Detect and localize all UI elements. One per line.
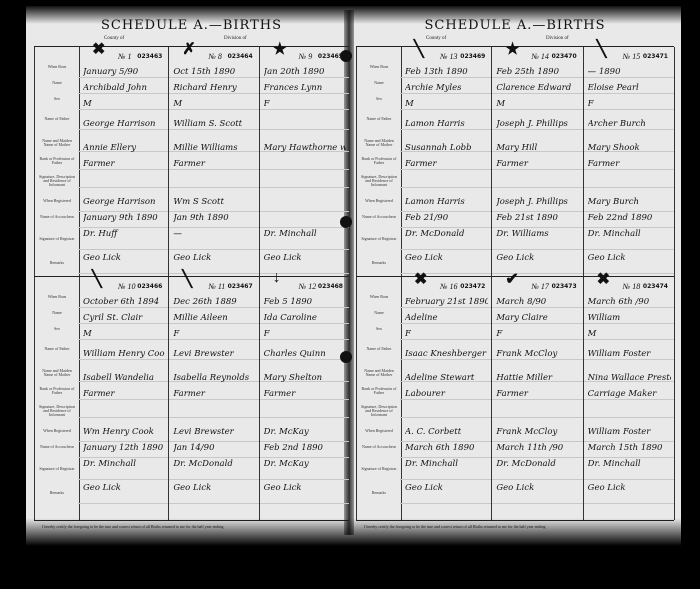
field-informant: Frank McCloy	[496, 427, 579, 437]
row-label: Rank or Profession of Father	[38, 157, 76, 165]
birth-entry: ╲№ 15023471— 1890Eloise PearlFArcher Bur…	[583, 47, 675, 277]
registration-number: 023470	[552, 53, 577, 60]
field-profession: Farmer	[405, 159, 488, 169]
field-accoucheur: Dr. McDonald	[496, 459, 579, 469]
entry-number: № 1	[118, 52, 132, 61]
field-sex: M	[588, 329, 671, 339]
entries-band: When BornNameSexName of FatherName and M…	[356, 46, 674, 277]
field-registrar: Geo Lick	[405, 253, 488, 263]
registration-number: 023468	[318, 283, 343, 290]
field-accoucheur: Dr. Minchall	[83, 459, 165, 469]
field-informant: Lamon Harris	[405, 197, 488, 207]
page-title: SCHEDULE A.—BIRTHS	[34, 18, 349, 33]
field-registered: Feb 22nd 1890	[588, 213, 671, 223]
row-label: Signature of Registrar	[360, 467, 398, 471]
row-label: Signature of Registrar	[38, 237, 76, 241]
field-sex: M	[83, 329, 165, 339]
right-page: SCHEDULE A.—BIRTHS County of Division of…	[356, 16, 674, 521]
entry-number: № 12	[299, 282, 317, 291]
field-sex: F	[496, 329, 579, 339]
field-name: Archibald John	[83, 83, 165, 93]
field-registered: Feb 2nd 1890	[264, 443, 346, 453]
row-label: Signature of Registrar	[38, 467, 76, 471]
field-father: William S. Scott	[173, 119, 255, 129]
field-informant: George Harrison	[83, 197, 165, 207]
row-label: Name	[38, 311, 76, 315]
field-accoucheur: Dr. McKay	[264, 459, 346, 469]
row-label: Rank or Profession of Father	[360, 157, 398, 165]
birth-entry: ↓№ 12023468Feb 5 1890Ida CarolineFCharle…	[259, 277, 350, 520]
county-label: County of	[426, 36, 446, 41]
row-label: Remarks	[360, 261, 398, 265]
field-registrar: Geo Lick	[264, 253, 346, 263]
registration-number: 023463	[137, 53, 162, 60]
row-label: When Born	[38, 295, 76, 299]
entry-number: № 16	[440, 282, 458, 291]
field-when-born: Feb 13th 1890	[405, 67, 488, 77]
birth-entry: ✖№ 18023474March 6th /90WilliamMWilliam …	[583, 277, 675, 520]
row-label: Name of Accoucheur	[38, 445, 76, 449]
left-page: SCHEDULE A.—BIRTHS County of Division of…	[34, 16, 349, 521]
field-name: Adeline	[405, 313, 488, 323]
entry-number: № 17	[531, 282, 549, 291]
field-accoucheur: Dr. Williams	[496, 229, 579, 239]
field-registered: Jan 14/90	[173, 443, 255, 453]
row-label: Name of Accoucheur	[360, 215, 398, 219]
field-when-born: Feb 25th 1890	[496, 67, 579, 77]
field-sex: M	[83, 99, 165, 109]
entry-number: № 11	[208, 282, 225, 291]
entries-band: When BornNameSexName of FatherName and M…	[356, 276, 674, 521]
checkmark-icon: ✖	[92, 39, 105, 59]
entry-number: № 10	[118, 282, 136, 291]
row-label: Name	[360, 81, 398, 85]
field-father: Isaac Kneshberger	[405, 349, 488, 359]
field-sex: F	[588, 99, 671, 109]
field-name: Mary Claire	[496, 313, 579, 323]
field-registered: March 11th /90	[496, 443, 579, 453]
row-label: Sex	[38, 327, 76, 331]
field-registrar: Geo Lick	[588, 483, 671, 493]
field-informant: Mary Burch	[588, 197, 671, 207]
field-name: Millie Aileen	[173, 313, 255, 323]
birth-entry: ✗№ 8023464Oct 15th 1890Richard HenryMWil…	[168, 47, 259, 277]
field-name: William	[588, 313, 671, 323]
field-when-born: Dec 26th 1889	[173, 297, 255, 307]
field-sex: F	[405, 329, 488, 339]
registration-number: 023469	[460, 53, 485, 60]
field-mother: Mary Shook	[588, 143, 671, 153]
field-registered: Feb 21st 1890	[496, 213, 579, 223]
row-label: When Registered	[360, 429, 398, 433]
row-label: Rank or Profession of Father	[38, 387, 76, 395]
row-label: Name of Father	[38, 347, 76, 351]
field-mother: Adeline Stewart	[405, 373, 488, 383]
field-when-born: January 5/90	[83, 67, 165, 77]
birth-entry: ✖№ 16023472February 21st 1890AdelineFIsa…	[400, 277, 492, 520]
field-accoucheur: Dr. Huff	[83, 229, 165, 239]
field-accoucheur: Dr. McDonald	[405, 229, 488, 239]
row-label: Sex	[360, 97, 398, 101]
registration-number: 023471	[643, 53, 668, 60]
row-label: Name and Maiden Name of Mother	[38, 369, 76, 377]
row-label: Name	[360, 311, 398, 315]
birth-entry: ★№ 9023465Jan 20th 1890Frances LynnFMary…	[259, 47, 350, 277]
field-informant: William Foster	[588, 427, 671, 437]
field-name: Eloise Pearl	[588, 83, 671, 93]
checkmark-icon: ★	[273, 39, 287, 59]
field-registrar: Geo Lick	[83, 253, 165, 263]
page-title: SCHEDULE A.—BIRTHS	[356, 18, 674, 33]
field-registered: Feb 21/90	[405, 213, 488, 223]
field-mother: Millie Williams	[173, 143, 255, 153]
row-labels: When BornNameSexName of FatherName and M…	[34, 277, 80, 520]
field-when-born: Feb 5 1890	[264, 297, 346, 307]
field-profession: Carriage Maker	[588, 389, 671, 399]
field-father: Levi Brewster	[173, 349, 255, 359]
checkmark-icon: ╲	[92, 269, 102, 289]
field-profession: Farmer	[496, 159, 579, 169]
birth-entry: ╲№ 13023469Feb 13th 1890Archie MylesMLam…	[400, 47, 492, 277]
field-registrar: Geo Lick	[173, 253, 255, 263]
checkmark-icon: ✖	[414, 269, 427, 289]
field-father: Charles Quinn	[264, 349, 346, 359]
field-father: George Harrison	[83, 119, 165, 129]
row-label: Name	[38, 81, 76, 85]
field-registered: March 6th 1890	[405, 443, 488, 453]
field-mother: Nina Wallace Preston	[588, 373, 671, 383]
field-when-born: — 1890	[588, 67, 671, 77]
field-profession: Farmer	[173, 389, 255, 399]
field-mother: Mary Hawthorne widow	[264, 143, 346, 153]
field-accoucheur: Dr. Minchall	[405, 459, 488, 469]
checkmark-icon: ★	[505, 39, 519, 59]
row-label: When Registered	[38, 429, 76, 433]
entry-number: № 13	[440, 52, 458, 61]
field-name: Clarence Edward	[496, 83, 579, 93]
row-label: Name of Accoucheur	[360, 445, 398, 449]
row-label: Name of Father	[360, 347, 398, 351]
row-labels: When BornNameSexName of FatherName and M…	[356, 277, 402, 520]
checkmark-icon: ╲	[597, 39, 607, 59]
field-registered: January 12th 1890	[83, 443, 165, 453]
field-name: Ida Caroline	[264, 313, 346, 323]
field-name: Archie Myles	[405, 83, 488, 93]
field-when-born: February 21st 1890	[405, 297, 488, 307]
field-registrar: Geo Lick	[405, 483, 488, 493]
field-registrar: Geo Lick	[173, 483, 255, 493]
division-label: Division of	[224, 36, 247, 41]
field-mother: Isabell Wandelia	[83, 373, 165, 383]
field-registered: January 9th 1890	[83, 213, 165, 223]
field-when-born: March 6th /90	[588, 297, 671, 307]
field-when-born: Oct 15th 1890	[173, 67, 255, 77]
row-label: Signature, Description and Residence of …	[360, 405, 398, 417]
field-name: Cyril St. Clair	[83, 313, 165, 323]
field-sex: M	[173, 99, 255, 109]
field-registrar: Geo Lick	[588, 253, 671, 263]
row-label: Rank or Profession of Father	[360, 387, 398, 395]
field-informant: A. C. Corbett	[405, 427, 488, 437]
row-label: Remarks	[38, 491, 76, 495]
division-label: Division of	[546, 36, 569, 41]
field-profession: Farmer	[173, 159, 255, 169]
scanned-register-page: SCHEDULE A.—BIRTHS County of Division of…	[26, 6, 681, 546]
field-informant: Dr. McKay	[264, 427, 346, 437]
entry-number: № 15	[623, 52, 641, 61]
field-registrar: Geo Lick	[496, 483, 579, 493]
checkmark-icon: ╲	[414, 39, 424, 59]
field-mother: Susannah Lobb	[405, 143, 488, 153]
birth-entry: ╲№ 10023466October 6th 1894Cyril St. Cla…	[78, 277, 169, 520]
field-accoucheur: Dr. Minchall	[588, 459, 671, 469]
row-label: Sex	[38, 97, 76, 101]
ink-blot	[340, 50, 352, 62]
checkmark-icon: ↓	[273, 269, 281, 287]
registration-number: 023467	[228, 283, 253, 290]
field-accoucheur: Dr. Minchall	[264, 229, 346, 239]
field-mother: Annie Ellery	[83, 143, 165, 153]
entries-band: When BornNameSexName of FatherName and M…	[34, 276, 349, 521]
field-mother: Mary Hill	[496, 143, 579, 153]
field-registrar: Geo Lick	[264, 483, 346, 493]
field-informant: Wm Henry Cook	[83, 427, 165, 437]
row-label: Name of Father	[360, 117, 398, 121]
birth-entry: ★№ 14023470Feb 25th 1890Clarence EdwardM…	[491, 47, 583, 277]
row-label: Signature, Description and Residence of …	[38, 175, 76, 187]
row-label: Signature of Registrar	[360, 237, 398, 241]
field-mother: Mary Shelton	[264, 373, 346, 383]
registration-number: 023466	[137, 283, 162, 290]
field-informant: Levi Brewster	[173, 427, 255, 437]
registration-number: 023464	[228, 53, 253, 60]
field-profession: Farmer	[264, 389, 346, 399]
field-sex: M	[496, 99, 579, 109]
field-accoucheur: Dr. McDonald	[173, 459, 255, 469]
county-label: County of	[104, 36, 124, 41]
field-name: Frances Lynn	[264, 83, 346, 93]
checkmark-icon: ✔	[505, 269, 518, 289]
ink-blot	[340, 351, 352, 363]
entry-number: № 9	[299, 52, 313, 61]
entry-number: № 14	[531, 52, 549, 61]
field-accoucheur: —	[173, 229, 255, 239]
field-when-born: March 8/90	[496, 297, 579, 307]
field-profession: Farmer	[496, 389, 579, 399]
field-registrar: Geo Lick	[83, 483, 165, 493]
field-sex: F	[173, 329, 255, 339]
field-profession: Farmer	[83, 159, 165, 169]
checkmark-icon: ╲	[182, 269, 192, 289]
row-label: When Registered	[360, 199, 398, 203]
field-registrar: Geo Lick	[496, 253, 579, 263]
field-informant: Wm S Scott	[173, 197, 255, 207]
field-father: William Foster	[588, 349, 671, 359]
birth-entry: ✖№ 1023463January 5/90Archibald JohnMGeo…	[78, 47, 169, 277]
registration-number: 023473	[552, 283, 577, 290]
entry-number: № 8	[208, 52, 222, 61]
row-label: When Registered	[38, 199, 76, 203]
birth-entry: ✔№ 17023473March 8/90Mary ClaireFFrank M…	[491, 277, 583, 520]
row-labels: When BornNameSexName of FatherName and M…	[34, 47, 80, 277]
field-accoucheur: Dr. Minchall	[588, 229, 671, 239]
field-mother: Hattie Miller	[496, 373, 579, 383]
field-sex: F	[264, 99, 346, 109]
field-father: Lamon Harris	[405, 119, 488, 129]
field-father: Archer Burch	[588, 119, 671, 129]
row-label: Signature, Description and Residence of …	[360, 175, 398, 187]
row-label: When Born	[360, 65, 398, 69]
registration-number: 023474	[643, 283, 668, 290]
field-when-born: October 6th 1894	[83, 297, 165, 307]
row-label: Name and Maiden Name of Mother	[360, 369, 398, 377]
row-label: Name of Father	[38, 117, 76, 121]
row-label: When Born	[38, 65, 76, 69]
field-mother: Isabella Reynolds	[173, 373, 255, 383]
field-when-born: Jan 20th 1890	[264, 67, 346, 77]
row-label: Name and Maiden Name of Mother	[38, 139, 76, 147]
checkmark-icon: ✖	[597, 269, 610, 289]
row-label: Sex	[360, 327, 398, 331]
field-informant: Joseph J. Phillips	[496, 197, 579, 207]
checkmark-icon: ✗	[182, 39, 195, 59]
field-father: William Henry Cook	[83, 349, 165, 359]
entry-number: № 18	[623, 282, 641, 291]
field-sex: M	[405, 99, 488, 109]
scan-shadow	[26, 518, 681, 546]
registration-number: 023472	[460, 283, 485, 290]
field-father: Frank McCloy	[496, 349, 579, 359]
row-label: Remarks	[360, 491, 398, 495]
field-registered: March 15th 1890	[588, 443, 671, 453]
birth-entry: ╲№ 11023467Dec 26th 1889Millie AileenFLe…	[168, 277, 259, 520]
field-profession: Farmer	[588, 159, 671, 169]
row-label: Name and Maiden Name of Mother	[360, 139, 398, 147]
entries-band: When BornNameSexName of FatherName and M…	[34, 46, 349, 277]
field-name: Richard Henry	[173, 83, 255, 93]
row-label: Name of Accoucheur	[38, 215, 76, 219]
field-registered: Jan 9th 1890	[173, 213, 255, 223]
row-label: When Born	[360, 295, 398, 299]
field-profession: Labourer	[405, 389, 488, 399]
row-label: Signature, Description and Residence of …	[38, 405, 76, 417]
field-sex: F	[264, 329, 346, 339]
row-label: Remarks	[38, 261, 76, 265]
row-labels: When BornNameSexName of FatherName and M…	[356, 47, 402, 277]
ink-blot	[340, 216, 352, 228]
field-father: Joseph J. Phillips	[496, 119, 579, 129]
field-profession: Farmer	[83, 389, 165, 399]
